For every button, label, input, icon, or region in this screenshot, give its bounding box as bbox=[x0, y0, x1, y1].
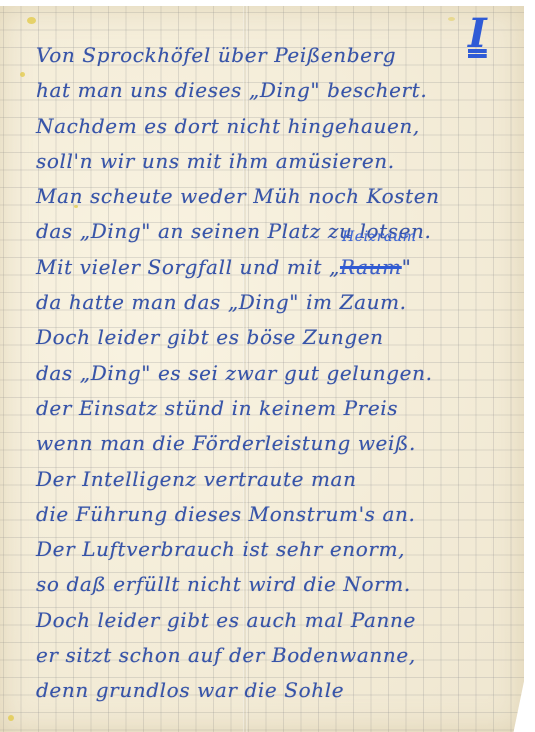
poem-line: die Führung dieses Monstrum's an. bbox=[36, 497, 506, 532]
stain-spot bbox=[27, 17, 36, 24]
poem-line: Nachdem es dort nicht hingehauen, bbox=[36, 109, 506, 144]
poem-line: Doch leider gibt es böse Zungen bbox=[36, 320, 506, 355]
poem-line: das „Ding" an seinen Platz zu lotsen. bbox=[36, 214, 506, 249]
poem-line: da hatte man das „Ding" im Zaum. bbox=[36, 285, 506, 320]
poem-line: Doch leider gibt es auch mal Panne bbox=[36, 603, 506, 638]
struck-word: Raum bbox=[340, 255, 402, 279]
poem-line-text: Mit vieler Sorgfall und mit „ bbox=[36, 255, 340, 279]
poem-line: Von Sprockhöfel über Peißenberg bbox=[36, 38, 506, 73]
poem-line: so daß erfüllt nicht wird die Norm. bbox=[36, 567, 506, 602]
torn-perforated-edge bbox=[0, 0, 535, 12]
poem-line-corrected: Mit vieler Sorgfall und mit „HeizraumRau… bbox=[36, 250, 506, 285]
poem-line: soll'n wir uns mit ihm amüsieren. bbox=[36, 144, 506, 179]
poem-line: denn grundlos war die Sohle bbox=[36, 673, 506, 708]
poem-line: Man scheute weder Müh noch Kosten bbox=[36, 179, 506, 214]
closing-quote: " bbox=[402, 255, 412, 279]
handwritten-poem: Von Sprockhöfel über Peißenberg hat man … bbox=[36, 38, 506, 709]
poem-line: hat man uns dieses „Ding" beschert. bbox=[36, 73, 506, 108]
stain-spot bbox=[20, 72, 25, 77]
poem-line: der Einsatz stünd in keinem Preis bbox=[36, 391, 506, 426]
poem-line: er sitzt schon auf der Bodenwanne, bbox=[36, 638, 506, 673]
inserted-word: Heizraum bbox=[342, 230, 416, 244]
poem-line: Der Luftverbrauch ist sehr enorm, bbox=[36, 532, 506, 567]
poem-line: Der Intelligenz vertraute man bbox=[36, 462, 506, 497]
stain-spot bbox=[8, 715, 14, 721]
correction-insert: HeizraumRaum bbox=[340, 250, 402, 285]
stain-spot bbox=[448, 17, 455, 21]
poem-line: wenn man die Förderleistung weiß. bbox=[36, 426, 506, 461]
poem-line: das „Ding" es sei zwar gut gelungen. bbox=[36, 356, 506, 391]
